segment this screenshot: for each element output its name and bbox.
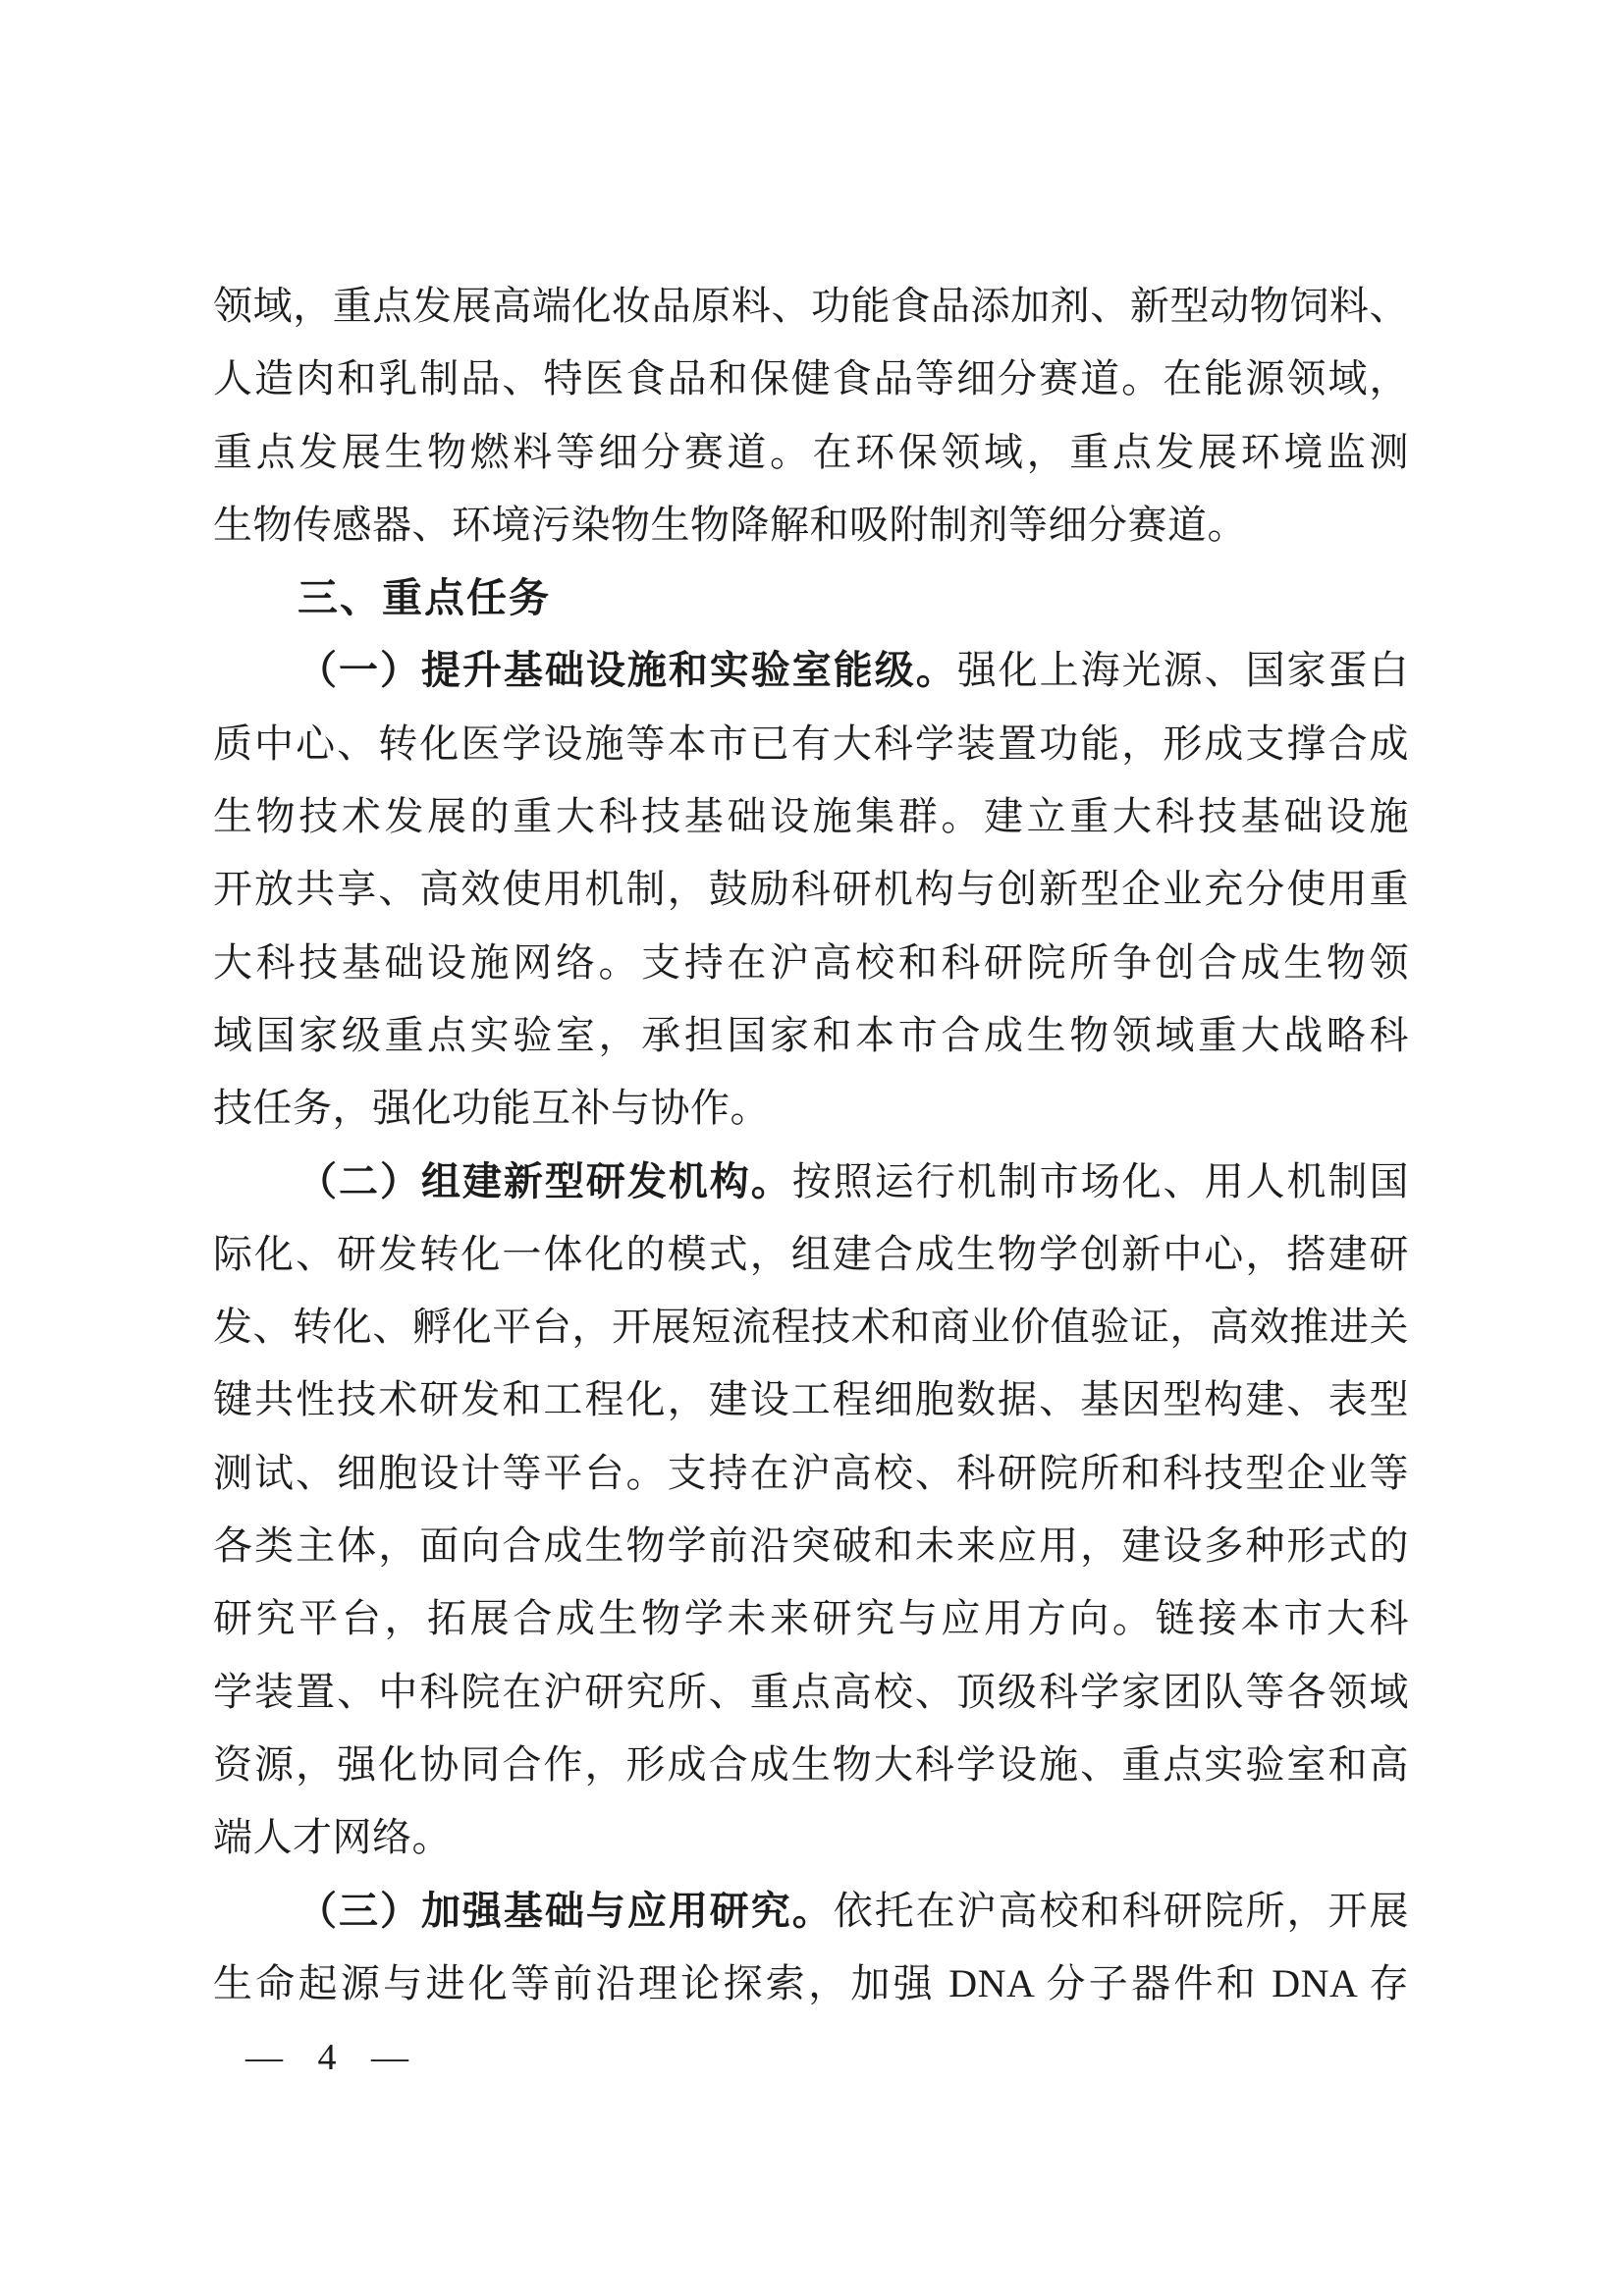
emphasis-text-run: （三）加强基础与应用研究。: [298, 1889, 834, 1933]
text-line: 大科技基础设施网络。支持在沪高校和科研院所争创合成生物领: [213, 927, 1409, 999]
text-line: （二）组建新型研发机构。按照运行机制市场化、用人机制国: [213, 1146, 1409, 1218]
text-run: 生物传感器、环境污染物生物降解和吸附制剂等细分赛道。: [213, 503, 1247, 547]
text-run: 技任务，强化功能互补与协作。: [213, 1086, 770, 1130]
text-line: （一）提升基础设施和实验室能级。强化上海光源、国家蛋白: [213, 634, 1409, 707]
text-line: （三）加强基础与应用研究。依托在沪高校和科研院所，开展: [213, 1875, 1409, 1948]
section-heading: 三、重点任务: [213, 561, 1409, 634]
text-line: 人造肉和乳制品、特医食品和保健食品等细分赛道。在能源领域，: [213, 343, 1409, 415]
text-line: 测试、细胞设计等平台。支持在沪高校、科研院所和科技型企业等: [213, 1437, 1409, 1510]
text-run: 端人才网络。: [213, 1815, 452, 1859]
text-line: 发、转化、孵化平台，开展短流程技术和商业价值验证，高效推进关: [213, 1291, 1409, 1363]
text-run: 各类主体，面向合成生物学前沿突破和未来应用，建设多种形式的: [213, 1523, 1409, 1568]
text-run: 学装置、中科院在沪研究所、重点高校、顶级科学家团队等各领域: [213, 1670, 1409, 1714]
text-run: 按照运行机制市场化、用人机制国: [792, 1159, 1409, 1203]
document-page: 领域，重点发展高端化妆品原料、功能食品添加剂、新型动物饲料、人造肉和乳制品、特医…: [0, 0, 1624, 2296]
emphasis-text-run: （二）组建新型研发机构。: [298, 1159, 792, 1203]
text-line: 重点发展生物燃料等细分赛道。在环保领域，重点发展环境监测: [213, 416, 1409, 489]
text-run: 领域，重点发展高端化妆品原料、功能食品添加剂、新型动物饲料、: [213, 284, 1409, 328]
text-line: 学装置、中科院在沪研究所、重点高校、顶级科学家团队等各领域: [213, 1656, 1409, 1729]
document-body: 领域，重点发展高端化妆品原料、功能食品添加剂、新型动物饲料、人造肉和乳制品、特医…: [213, 270, 1409, 2020]
text-run: 人造肉和乳制品、特医食品和保健食品等细分赛道。在能源领域，: [213, 356, 1409, 400]
text-run: 键共性技术研发和工程化，建设工程细胞数据、基因型构建、表型: [213, 1377, 1409, 1421]
text-line: 域国家级重点实验室，承担国家和本市合成生物领域重大战略科: [213, 999, 1409, 1072]
text-line: 质中心、转化医学设施等本市已有大科学装置功能，形成支撑合成: [213, 708, 1409, 780]
text-run: 依托在沪高校和科研院所，开展: [834, 1889, 1409, 1933]
text-run: 质中心、转化医学设施等本市已有大科学装置功能，形成支撑合成: [213, 721, 1409, 766]
text-run: 生命起源与进化等前沿理论探索，加强 DNA 分子器件和 DNA 存: [213, 1961, 1409, 2005]
text-line: 领域，重点发展高端化妆品原料、功能食品添加剂、新型动物饲料、: [213, 270, 1409, 343]
text-run: 资源，强化协同合作，形成合成生物大科学设施、重点实验室和高: [213, 1742, 1409, 1787]
text-line: 端人才网络。: [213, 1801, 1409, 1874]
text-run: 测试、细胞设计等平台。支持在沪高校、科研院所和科技型企业等: [213, 1451, 1409, 1495]
text-line: 研究平台，拓展合成生物学未来研究与应用方向。链接本市大科: [213, 1582, 1409, 1655]
page-footer: — 4 —: [245, 2030, 409, 2085]
text-line: 各类主体，面向合成生物学前沿突破和未来应用，建设多种形式的: [213, 1510, 1409, 1582]
text-line: 际化、研发转化一体化的模式，组建合成生物学创新中心，搭建研: [213, 1218, 1409, 1291]
text-run: 发、转化、孵化平台，开展短流程技术和商业价值验证，高效推进关: [213, 1305, 1409, 1349]
text-run: 生物技术发展的重大科技基础设施集群。建立重大科技基础设施: [213, 794, 1409, 838]
text-line: 键共性技术研发和工程化，建设工程细胞数据、基因型构建、表型: [213, 1363, 1409, 1436]
page-number: — 4 —: [245, 2037, 409, 2078]
text-run: 研究平台，拓展合成生物学未来研究与应用方向。链接本市大科: [213, 1596, 1409, 1640]
text-line: 生物技术发展的重大科技基础设施集群。建立重大科技基础设施: [213, 780, 1409, 853]
text-run: 际化、研发转化一体化的模式，组建合成生物学创新中心，搭建研: [213, 1232, 1409, 1276]
text-line: 技任务，强化功能互补与协作。: [213, 1072, 1409, 1145]
text-run: 开放共享、高效使用机制，鼓励科研机构与创新型企业充分使用重: [213, 867, 1409, 911]
emphasis-text-run: 三、重点任务: [298, 575, 551, 620]
text-run: 重点发展生物燃料等细分赛道。在环保领域，重点发展环境监测: [213, 430, 1409, 474]
text-line: 生物传感器、环境污染物生物降解和吸附制剂等细分赛道。: [213, 489, 1409, 561]
text-run: 强化上海光源、国家蛋白: [957, 648, 1409, 692]
emphasis-text-run: （一）提升基础设施和实验室能级。: [298, 648, 957, 692]
text-line: 生命起源与进化等前沿理论探索，加强 DNA 分子器件和 DNA 存: [213, 1948, 1409, 2020]
text-run: 大科技基础设施网络。支持在沪高校和科研院所争创合成生物领: [213, 940, 1409, 985]
text-line: 开放共享、高效使用机制，鼓励科研机构与创新型企业充分使用重: [213, 853, 1409, 926]
text-run: 域国家级重点实验室，承担国家和本市合成生物领域重大战略科: [213, 1013, 1409, 1057]
text-line: 资源，强化协同合作，形成合成生物大科学设施、重点实验室和高: [213, 1729, 1409, 1801]
